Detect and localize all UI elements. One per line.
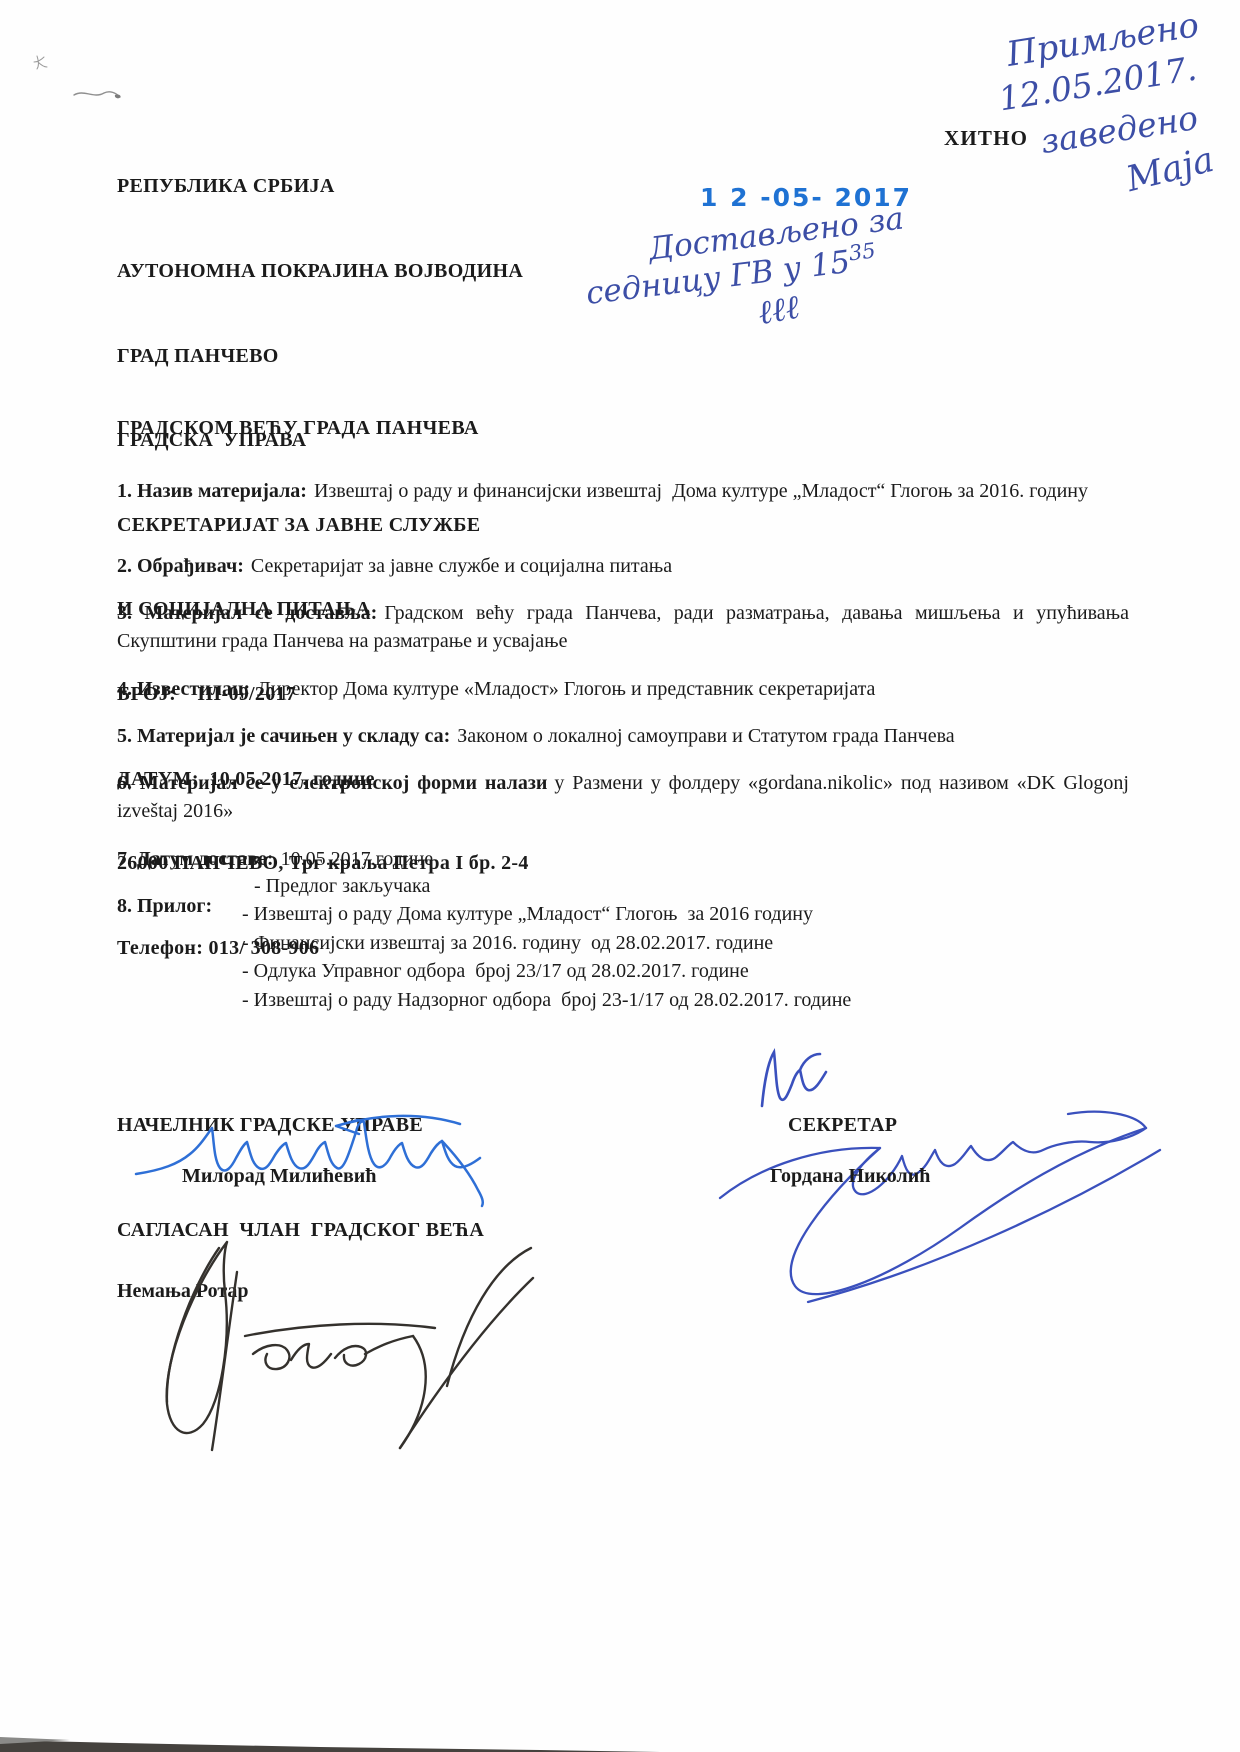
item-1-text: Извештај о раду и финансијски извештај Д… — [314, 480, 1088, 502]
item-4-text: Директор Дома културе «Младост» Глогоњ и… — [257, 678, 875, 700]
handwritten-note-superscript: 35 — [847, 238, 876, 265]
scan-artifact-mark — [32, 54, 52, 72]
item-3-label: 3. Материјал се доставља: — [117, 602, 377, 624]
scan-artifact-bottom-edge — [0, 1737, 660, 1752]
item-2-text: Секретаријат за јавне службе и социјална… — [251, 555, 672, 577]
council-member-signature — [95, 1236, 539, 1458]
letterhead-line: СЕКРЕТАРИЈАТ ЗА ЈАВНЕ СЛУЖБЕ — [117, 511, 529, 539]
attachment-item: - Предлог закључака — [242, 872, 851, 900]
letterhead-line: ГРАД ПАНЧЕВО — [117, 342, 529, 370]
secretary-name: Гордана Николић — [770, 1165, 930, 1188]
item-4: 4. Известилац:Директор Дома културе «Мла… — [117, 675, 1129, 703]
item-2-label: 2. Обрађивач: — [117, 555, 244, 577]
item-7-label: 7. Датум доставе: — [117, 848, 274, 870]
item-1: 1. Назив материјала:Извештај о раду и фи… — [117, 477, 1129, 505]
chief-name: Милорад Милићевић — [182, 1165, 376, 1188]
attachment-item: - Извештај о раду Надзорног одбора број … — [242, 986, 851, 1014]
item-4-label: 4. Известилац: — [117, 678, 250, 700]
urgent-label: ХИТНО — [944, 126, 1028, 151]
item-5-label: 5. Материјал је сачињен у складу са: — [117, 725, 450, 747]
scan-artifact-squiggle — [72, 86, 124, 102]
scanned-document-page: РЕПУБЛИКА СРБИЈА АУТОНОМНА ПОКРАЈИНА ВОЈ… — [0, 0, 1240, 1752]
item-7-text: 10.05.2017.године — [281, 848, 434, 870]
letterhead-line: РЕПУБЛИКА СРБИЈА — [117, 172, 529, 200]
attachment-item: - Финансијски извештај за 2016. годину о… — [242, 929, 851, 957]
item-5-text: Законом о локалној самоуправи и Статутом… — [457, 725, 954, 747]
chief-signature — [128, 1110, 490, 1210]
addressee-title: ГРАДСКОМ ВЕЋУ ГРАДА ПАНЧЕВА — [117, 417, 479, 440]
item-1-label: 1. Назив материјала: — [117, 480, 307, 502]
attachment-list: - Предлог закључака - Извештај о раду До… — [242, 872, 851, 1014]
attachment-item: - Одлука Управног одбора број 23/17 од 2… — [242, 957, 851, 985]
attachment-item: - Извештај о раду Дома културе „Младост“… — [242, 900, 851, 928]
item-5: 5. Материјал је сачињен у складу са:Зако… — [117, 722, 1129, 750]
secretary-signature — [690, 1098, 1170, 1310]
letterhead-line: АУТОНОМНА ПОКРАЈИНА ВОЈВОДИНА — [117, 257, 529, 285]
item-6: 6. Материјал се у електронској форми нал… — [117, 769, 1129, 826]
handwritten-flourish: ℓℓℓ — [755, 287, 803, 334]
item-7: 7. Датум доставе:10.05.2017.године — [117, 845, 1129, 873]
item-2: 2. Обрађивач:Секретаријат за јавне служб… — [117, 552, 1129, 580]
item-3: 3. Материјал се доставља:Градском већу г… — [117, 599, 1129, 656]
item-6-label: 6. Материјал се у електронској форми нал… — [117, 772, 547, 794]
item-8-label: 8. Прилог: — [117, 895, 212, 917]
handwritten-name-maja: Маја — [1122, 140, 1217, 200]
